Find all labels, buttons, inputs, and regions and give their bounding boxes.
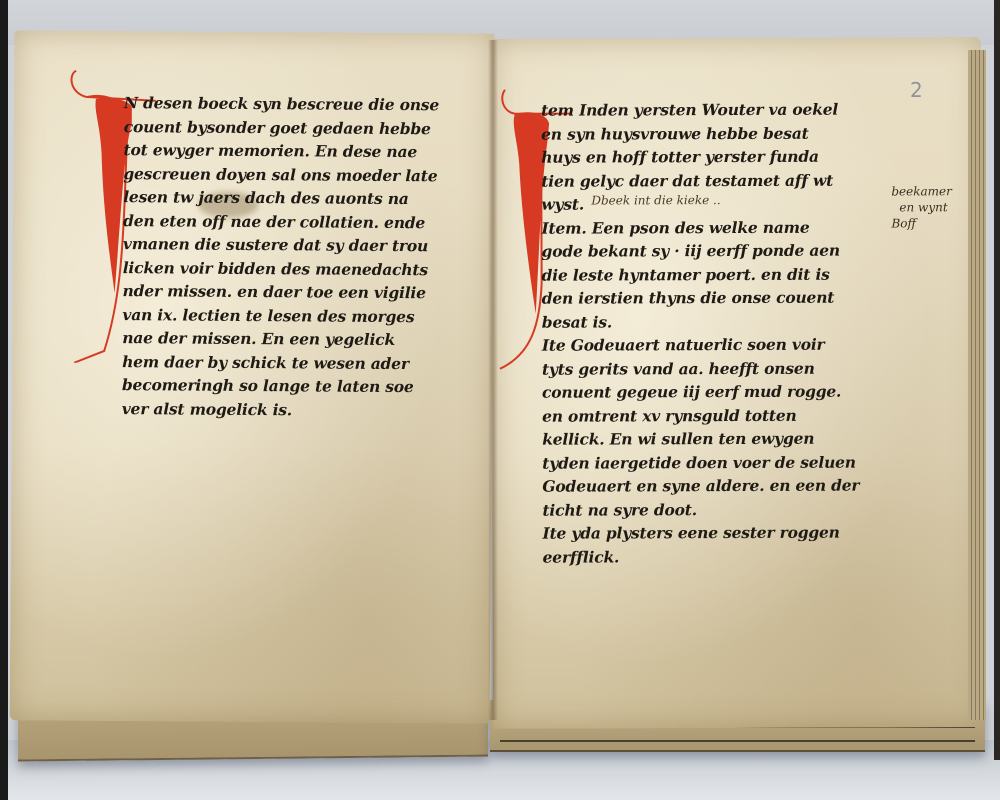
margin-note-line: en wynt [891,199,952,215]
text-line: licken voir bidden des maenedachts [123,256,438,282]
text-line: huys en hoff totter yerster funda [541,145,858,170]
left-page-text: N desen boeck syn bescreue die onse coue… [122,91,439,422]
text-line: gescreuen doyen sal ons moeder late [123,162,438,188]
margin-note-line: beekamer [891,183,952,199]
text-line: Ite Godeuaert natuerlic soen voir [542,333,859,358]
text-line: hem daer by schick te wesen ader [122,350,437,376]
text-line: kellick. En wi sullen ten ewygen [542,427,859,452]
text-line: besat is. [542,309,859,334]
text-line: Ite yda plysters eene sester roggen [542,521,859,546]
text-line: den eten off nae der collatien. ende [123,209,438,235]
text-line: tot ewyger memorien. En dese nae [124,138,439,164]
scan-edge-right [994,0,1000,760]
leaf-edge [500,740,975,742]
text-line: en syn huysvrouwe hebbe besat [541,121,858,146]
right-page-text: tem Inden yersten Wouter va oekel en syn… [541,98,860,569]
text-line: lesen tw jaers dach des auonts na [123,185,438,211]
text-line: van ix. lectien te lesen des morges [122,303,437,329]
right-page: tem Inden yersten Wouter va oekel en syn… [491,37,983,729]
text-line: conuent gegeue iij eerf mud rogge. [542,380,859,405]
interlinear-note: Dbeek int die kieke .. [591,193,720,207]
text-line: eerfflick. [543,544,860,569]
text-line: en omtrent xv rynsguld totten [542,403,859,428]
text-line: den ierstien thyns die onse couent [542,286,859,311]
text-line: ver alst mogelick is. [122,397,437,423]
page-edges-right [968,50,986,720]
text-line: tien gelyc daer dat testamet aff wt [541,168,858,193]
text-line: Item. Een pson des welke name [541,215,858,240]
text-line: ticht na syre doot. [542,497,859,522]
text-line: tem Inden yersten Wouter va oekel [541,98,858,123]
margin-note-line: Boff [891,215,952,231]
text-line: Godeuaert en syne aldere. en een der [542,474,859,499]
book-gutter [488,40,498,720]
text-line: tyden iaergetide doen voer de seluen [542,450,859,475]
left-page: N desen boeck syn bescreue die onse coue… [10,30,495,723]
text-line: nder missen. en daer toe een vigilie [123,279,438,305]
text-line: couent bysonder goet gedaen hebbe [124,115,439,141]
text-line: N desen boeck syn bescreue die onse [124,91,439,117]
text-line: gode bekant sy · iij eerff ponde aen [541,239,858,264]
text-line: nae der missen. En een yegelick [122,326,437,352]
scan-edge-left [0,0,8,800]
margin-note: beekamer en wynt Boff [891,183,952,231]
text-line: vmanen die sustere dat sy daer trou [123,232,438,258]
text-line: die leste hyntamer poert. en dit is [542,262,859,287]
text-line: tyts gerits vand aa. heefft onsen [542,356,859,381]
folio-number: 2 [910,78,923,102]
text-line: becomeringh so lange te laten soe [122,373,437,399]
